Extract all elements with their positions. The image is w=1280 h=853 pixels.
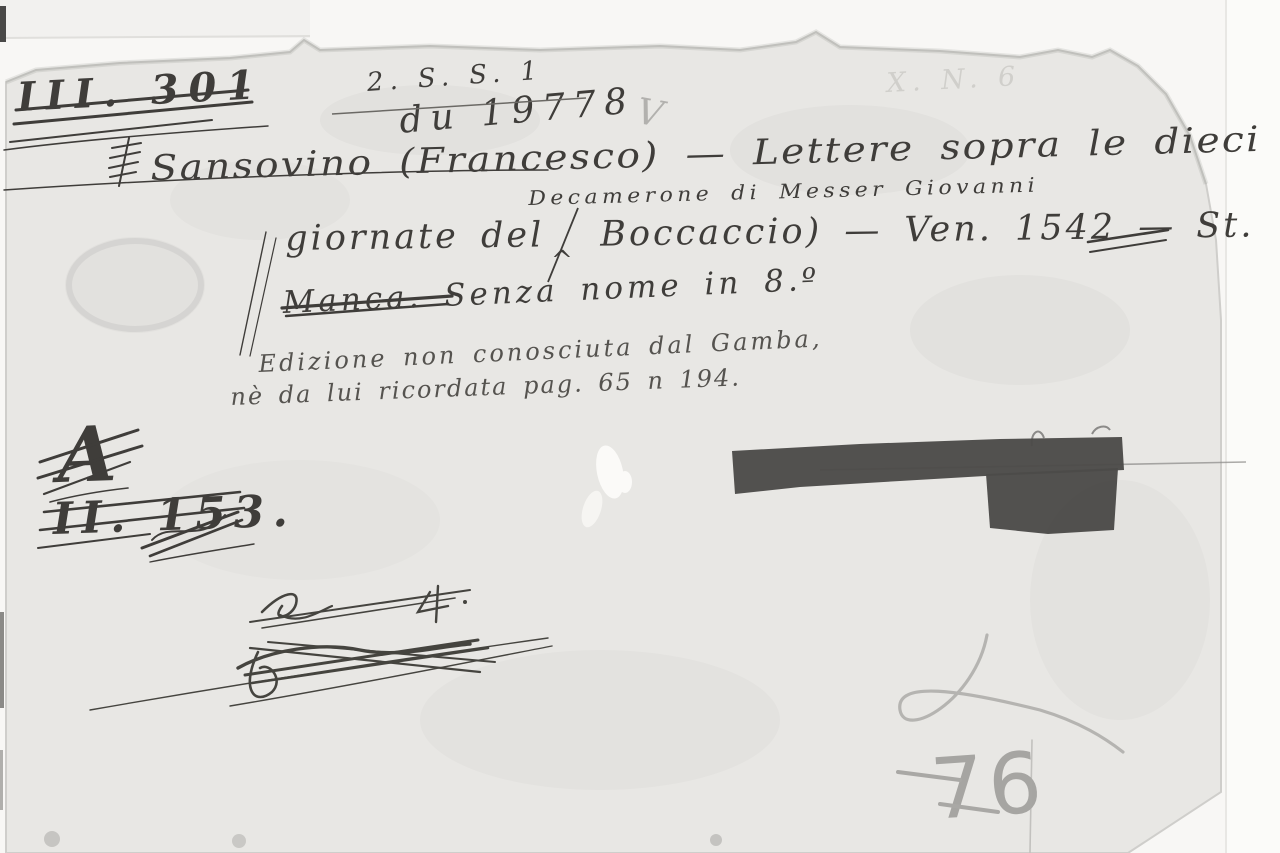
entry-author-title-line: Sansovino (Francesco) — Lettere sopra le… xyxy=(150,123,1261,187)
pencil-curls-above-redaction xyxy=(1032,427,1110,446)
entry-line2-start: giornate del xyxy=(285,218,544,257)
prefix-hash-mark xyxy=(109,138,141,186)
erased-stamp-ring xyxy=(69,241,201,329)
collation-note: . Senza nome in 8.º xyxy=(408,265,821,314)
bottom-stain-dots xyxy=(44,831,722,848)
redaction-bar xyxy=(732,427,1246,534)
pencil-checkmark: V xyxy=(634,94,666,134)
struck-scribble-cluster xyxy=(90,586,552,710)
interline-insertion: Decamerone di Messer Giovanni xyxy=(528,175,1039,208)
margin-letter-struck: A xyxy=(56,416,118,494)
margin-shelfmark-struck: II. 153. xyxy=(52,490,296,542)
struck-numeral-4 xyxy=(418,586,448,622)
backing-sheet-edge xyxy=(0,0,310,38)
scanned-page: III. 301 2. S. S. 1 du 19778 V X. N. 6 S… xyxy=(0,0,1280,853)
pencil-note-top-right: X. N. 6 xyxy=(886,63,1022,97)
caret-mark: ^ xyxy=(551,248,573,274)
paper-tear-spots xyxy=(578,443,632,530)
entry-line3: Manca. Senza nome in 8.º xyxy=(282,265,821,319)
old-shelfmark-struck: III. 301 xyxy=(16,65,265,118)
line-through-redaction xyxy=(820,462,1246,470)
scan-edge-marks xyxy=(0,6,6,810)
entry-line2: giornate delBoccaccio) — Ven. 1542 —St. xyxy=(285,208,1255,257)
struck-word-manca: Manca xyxy=(282,283,409,319)
pencil-number-bottom: 76 xyxy=(928,740,1048,832)
entry-line2-struck-word: St. xyxy=(1196,208,1255,244)
entry-line2-end: Boccaccio) — Ven. 1542 — xyxy=(600,210,1176,253)
